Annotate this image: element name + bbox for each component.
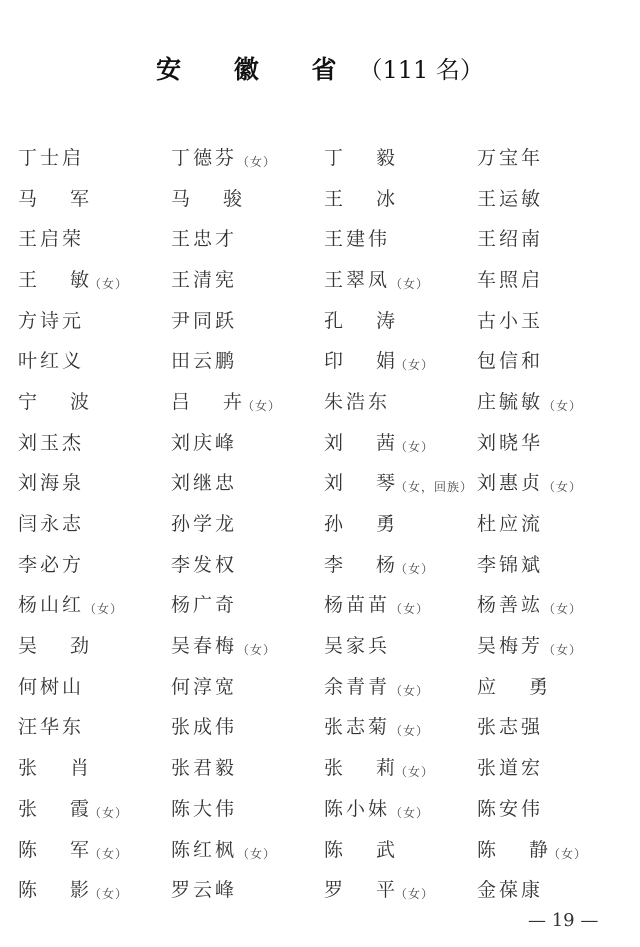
person-name: 方诗元: [18, 310, 84, 332]
name-entry: 陈红枫（女）: [171, 835, 324, 862]
name-entry: 万宝年: [477, 143, 630, 170]
name-entry: 吕卉（女）: [171, 387, 324, 414]
name-entry: 张志菊（女）: [324, 712, 477, 739]
name-row: 吴劲吴春梅（女）吴家兵吴梅芳（女）: [18, 624, 638, 665]
name-row: 汪华东张成伟张志菊（女）张志强: [18, 706, 638, 747]
person-name: 王翠凤: [324, 269, 390, 291]
name-row: 杨山红（女）杨广奇杨苗苗（女）杨善竑（女）: [18, 584, 638, 625]
person-name: 田云鹏: [171, 350, 237, 372]
person-name: 丁德芬: [171, 147, 237, 169]
name-row: 陈影（女）罗云峰罗平（女）金葆康: [18, 868, 638, 909]
person-name: 汪华东: [18, 716, 84, 738]
annotation-note: （女）: [390, 724, 429, 738]
name-entry: 杨广奇: [171, 590, 324, 617]
person-name: 李发权: [171, 554, 237, 576]
name-entry: 王启荣: [18, 224, 171, 251]
annotation-note: （女）: [89, 887, 128, 901]
annotation-note: （女）: [89, 277, 128, 291]
name-entry: 丁士启: [18, 143, 171, 170]
person-name: 马骏: [171, 188, 242, 210]
name-entry: 张志强: [477, 712, 630, 739]
annotation-note: （女）: [543, 602, 582, 616]
person-name: 李必方: [18, 554, 84, 576]
person-name: 刘琴: [324, 472, 395, 494]
name-entry: 李发权: [171, 550, 324, 577]
name-row: 李必方李发权李杨（女）李锦斌: [18, 543, 638, 584]
person-name: 庄毓敏: [477, 391, 543, 413]
person-name: 马军: [18, 188, 89, 210]
name-entry: 田云鹏: [171, 346, 324, 373]
name-entry: 张霞（女）: [18, 794, 171, 821]
name-entry: 汪华东: [18, 712, 171, 739]
person-name: 张霞: [18, 798, 89, 820]
person-name: 丁士启: [18, 147, 84, 169]
person-name: 古小玉: [477, 310, 543, 332]
name-entry: 罗平（女）: [324, 875, 477, 902]
page-title: 安 徽 省（111 名）: [0, 50, 640, 86]
annotation-note: （女）: [84, 602, 123, 616]
person-name: 刘继忠: [171, 472, 237, 494]
person-name: 王清宪: [171, 269, 237, 291]
person-name: 杜应流: [477, 513, 543, 535]
person-name: 包信和: [477, 350, 543, 372]
name-entry: 余青青（女）: [324, 672, 477, 699]
person-name: 陈武: [324, 839, 395, 861]
annotation-note: （女）: [390, 684, 429, 698]
name-entry: 朱浩东: [324, 387, 477, 414]
name-entry: 马军: [18, 184, 171, 211]
person-name: 杨苗苗: [324, 594, 390, 616]
person-name: 刘玉杰: [18, 432, 84, 454]
person-name: 李锦斌: [477, 554, 543, 576]
person-name: 吴劲: [18, 635, 89, 657]
annotation-note: （女）: [242, 399, 281, 413]
name-entry: 印娟（女）: [324, 346, 477, 373]
person-name: 孙勇: [324, 513, 395, 535]
annotation-note: （女）: [395, 440, 434, 454]
name-entry: 刘琴（女，回族）: [324, 468, 477, 495]
name-entry: 车照启: [477, 265, 630, 292]
name-row: 宁波吕卉（女）朱浩东庄毓敏（女）: [18, 380, 638, 421]
annotation-note: （女）: [543, 399, 582, 413]
person-name: 张莉: [324, 757, 395, 779]
name-entry: 陈军（女）: [18, 835, 171, 862]
name-row: 王敏（女）王清宪王翠凤（女）车照启: [18, 258, 638, 299]
name-entry: 王忠才: [171, 224, 324, 251]
person-name: 罗云峰: [171, 879, 237, 901]
person-name: 王绍南: [477, 228, 543, 250]
name-entry: 陈静（女）: [477, 835, 630, 862]
name-entry: 叶红义: [18, 346, 171, 373]
name-entry: 刘玉杰: [18, 428, 171, 455]
annotation-note: （女）: [390, 806, 429, 820]
person-name: 张肖: [18, 757, 89, 779]
name-entry: 包信和: [477, 346, 630, 373]
name-entry: 庄毓敏（女）: [477, 387, 630, 414]
person-name: 尹同跃: [171, 310, 237, 332]
name-entry: 李锦斌: [477, 550, 630, 577]
person-name: 宁波: [18, 391, 89, 413]
name-entry: 宁波: [18, 387, 171, 414]
name-entry: 吴春梅（女）: [171, 631, 324, 658]
name-entry: 张道宏: [477, 753, 630, 780]
person-name: 王启荣: [18, 228, 84, 250]
name-entry: 金葆康: [477, 875, 630, 902]
name-entry: 陈大伟: [171, 794, 324, 821]
annotation-note: （女）: [237, 643, 276, 657]
name-entry: 马骏: [171, 184, 324, 211]
person-name: 王运敏: [477, 188, 543, 210]
name-entry: 李必方: [18, 550, 171, 577]
annotation-note: （女）: [237, 847, 276, 861]
person-name: 杨广奇: [171, 594, 237, 616]
person-name: 陈静: [477, 839, 548, 861]
delegate-count: （111 名）: [358, 56, 483, 84]
name-row: 丁士启丁德芬（女）丁毅万宝年: [18, 136, 638, 177]
person-name: 金葆康: [477, 879, 543, 901]
annotation-note: （女）: [89, 806, 128, 820]
page-number: — 19 —: [528, 910, 598, 931]
person-name: 吕卉: [171, 391, 242, 413]
person-name: 陈小妹: [324, 798, 390, 820]
name-row: 闫永志孙学龙孙勇杜应流: [18, 502, 638, 543]
person-name: 刘惠贞: [477, 472, 543, 494]
name-row: 方诗元尹同跃孔涛古小玉: [18, 299, 638, 340]
name-entry: 王绍南: [477, 224, 630, 251]
annotation-note: （女）: [548, 847, 587, 861]
name-entry: 张成伟: [171, 712, 324, 739]
person-name: 陈影: [18, 879, 89, 901]
person-name: 闫永志: [18, 513, 84, 535]
annotation-note: （女）: [543, 480, 582, 494]
name-entry: 孙学龙: [171, 509, 324, 536]
name-entry: 罗云峰: [171, 875, 324, 902]
person-name: 杨山红: [18, 594, 84, 616]
annotation-note: （女）: [395, 765, 434, 779]
name-entry: 古小玉: [477, 306, 630, 333]
person-name: 万宝年: [477, 147, 543, 169]
person-name: 刘晓华: [477, 432, 543, 454]
annotation-note: （女）: [395, 887, 434, 901]
name-entry: 吴梅芳（女）: [477, 631, 630, 658]
name-entry: 王冰: [324, 184, 477, 211]
annotation-note: （女，回族）: [395, 480, 473, 494]
person-name: 吴梅芳: [477, 635, 543, 657]
name-row: 何树山何淳宽余青青（女）应勇: [18, 665, 638, 706]
name-row: 马军马骏王冰王运敏: [18, 177, 638, 218]
annotation-note: （女）: [237, 155, 276, 169]
person-name: 余青青: [324, 676, 390, 698]
name-entry: 何淳宽: [171, 672, 324, 699]
person-name: 陈军: [18, 839, 89, 861]
name-entry: 杨善竑（女）: [477, 590, 630, 617]
person-name: 刘庆峰: [171, 432, 237, 454]
person-name: 孔涛: [324, 310, 395, 332]
name-row: 张霞（女）陈大伟陈小妹（女）陈安伟: [18, 787, 638, 828]
name-row: 刘海泉刘继忠刘琴（女，回族）刘惠贞（女）: [18, 462, 638, 503]
name-row: 陈军（女）陈红枫（女）陈武陈静（女）: [18, 828, 638, 869]
person-name: 何淳宽: [171, 676, 237, 698]
person-name: 杨善竑: [477, 594, 543, 616]
annotation-note: （女）: [390, 602, 429, 616]
person-name: 陈大伟: [171, 798, 237, 820]
name-entry: 杨山红（女）: [18, 590, 171, 617]
person-name: 陈红枫: [171, 839, 237, 861]
name-entry: 张莉（女）: [324, 753, 477, 780]
name-entry: 吴劲: [18, 631, 171, 658]
person-name: 张成伟: [171, 716, 237, 738]
person-name: 刘海泉: [18, 472, 84, 494]
name-entry: 陈武: [324, 835, 477, 862]
name-entry: 张肖: [18, 753, 171, 780]
name-entry: 刘茜（女）: [324, 428, 477, 455]
person-name: 孙学龙: [171, 513, 237, 535]
name-entry: 王翠凤（女）: [324, 265, 477, 292]
name-entry: 王运敏: [477, 184, 630, 211]
person-name: 丁毅: [324, 147, 395, 169]
name-row: 张肖张君毅张莉（女）张道宏: [18, 746, 638, 787]
person-name: 王敏: [18, 269, 89, 291]
name-entry: 闫永志: [18, 509, 171, 536]
name-entry: 杨苗苗（女）: [324, 590, 477, 617]
name-entry: 应勇: [477, 672, 630, 699]
person-name: 刘茜: [324, 432, 395, 454]
name-entry: 陈小妹（女）: [324, 794, 477, 821]
annotation-note: （女）: [390, 277, 429, 291]
name-entry: 刘庆峰: [171, 428, 324, 455]
name-entry: 王敏（女）: [18, 265, 171, 292]
name-entry: 杜应流: [477, 509, 630, 536]
person-name: 李杨: [324, 554, 395, 576]
annotation-note: （女）: [395, 358, 434, 372]
person-name: 王建伟: [324, 228, 390, 250]
person-name: 王忠才: [171, 228, 237, 250]
person-name: 朱浩东: [324, 391, 390, 413]
annotation-note: （女）: [395, 562, 434, 576]
name-entry: 方诗元: [18, 306, 171, 333]
name-list: 丁士启丁德芬（女）丁毅万宝年马军马骏王冰王运敏王启荣王忠才王建伟王绍南王敏（女）…: [18, 136, 638, 909]
name-row: 叶红义田云鹏印娟（女）包信和: [18, 339, 638, 380]
name-entry: 尹同跃: [171, 306, 324, 333]
name-entry: 孙勇: [324, 509, 477, 536]
name-entry: 刘晓华: [477, 428, 630, 455]
name-entry: 张君毅: [171, 753, 324, 780]
name-entry: 孔涛: [324, 306, 477, 333]
name-row: 刘玉杰刘庆峰刘茜（女）刘晓华: [18, 421, 638, 462]
name-entry: 陈影（女）: [18, 875, 171, 902]
person-name: 陈安伟: [477, 798, 543, 820]
person-name: 张志强: [477, 716, 543, 738]
person-name: 车照启: [477, 269, 543, 291]
person-name: 叶红义: [18, 350, 84, 372]
name-row: 王启荣王忠才王建伟王绍南: [18, 217, 638, 258]
name-entry: 刘海泉: [18, 468, 171, 495]
person-name: 吴春梅: [171, 635, 237, 657]
annotation-note: （女）: [543, 643, 582, 657]
person-name: 王冰: [324, 188, 395, 210]
person-name: 张君毅: [171, 757, 237, 779]
name-entry: 王清宪: [171, 265, 324, 292]
person-name: 张志菊: [324, 716, 390, 738]
person-name: 印娟: [324, 350, 395, 372]
name-entry: 刘惠贞（女）: [477, 468, 630, 495]
annotation-note: （女）: [89, 847, 128, 861]
person-name: 何树山: [18, 676, 84, 698]
province-name: 安 徽 省: [156, 55, 358, 84]
name-entry: 李杨（女）: [324, 550, 477, 577]
name-entry: 丁毅: [324, 143, 477, 170]
person-name: 吴家兵: [324, 635, 390, 657]
name-entry: 刘继忠: [171, 468, 324, 495]
name-entry: 何树山: [18, 672, 171, 699]
person-name: 张道宏: [477, 757, 543, 779]
name-entry: 吴家兵: [324, 631, 477, 658]
person-name: 罗平: [324, 879, 395, 901]
name-entry: 陈安伟: [477, 794, 630, 821]
name-entry: 王建伟: [324, 224, 477, 251]
name-entry: 丁德芬（女）: [171, 143, 324, 170]
person-name: 应勇: [477, 676, 548, 698]
